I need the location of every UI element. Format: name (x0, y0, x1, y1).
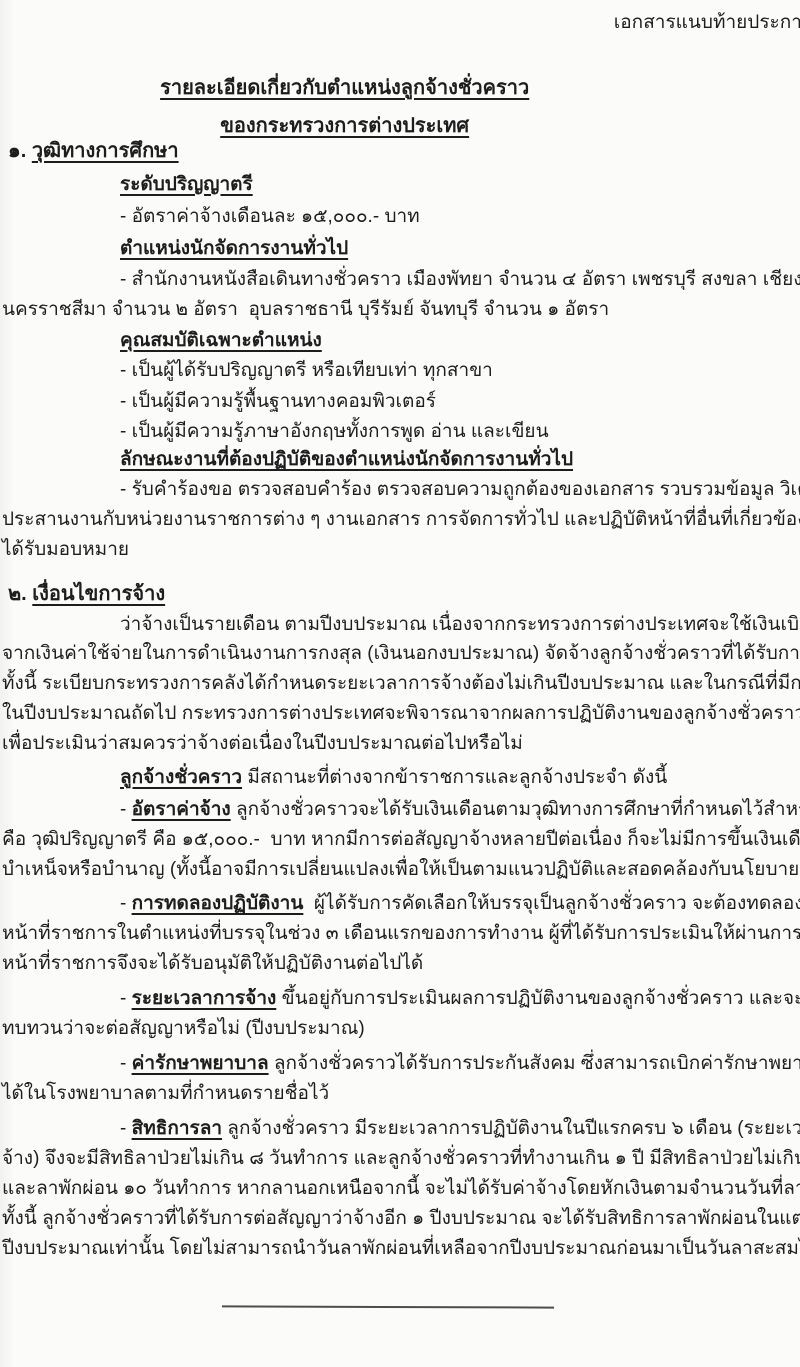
line-text: - สำนักงานหนังสือเดินทางชั่วคราว เมืองพั… (120, 269, 800, 290)
document-line: - การทดลองปฏิบัติงาน ผู้ได้รับการคัดเลือ… (120, 891, 800, 917)
line-term-underlined: คุณสมบัติเฉพาะตำแหน่ง (120, 330, 322, 351)
document-line: ๑. วุฒิทางการศึกษา (8, 138, 179, 164)
line-text: ทบทวนว่าจะต่อสัญญาหรือไม่ (ปีงบประมาณ) (2, 1018, 365, 1039)
line-text: ได้ในโรงพยาบาลตามที่กำหนดรายชื่อไว้ (2, 1083, 329, 1104)
line-term-underlined: ตำแหน่งนักจัดการงานทั่วไป (120, 238, 348, 259)
document-line: ได้รับมอบหมาย (2, 537, 129, 563)
line-text: บำเหน็จหรือบำนาญ (ทั้งนี้อาจมีการเปลี่ยน… (2, 859, 800, 880)
document-line: - สิทธิการลา ลูกจ้างชั่วคราว มีระยะเวลาก… (120, 1116, 800, 1142)
line-text: หน้าที่ราชการในตำแหน่งที่บรรจุในช่วง ๓ เ… (2, 923, 800, 944)
document-line: - ค่ารักษาพยาบาล ลูกจ้างชั่วคราวได้รับกา… (120, 1051, 800, 1077)
line-term-underlined: ลักษณะงานที่ต้องปฏิบัติของตำแหน่งนักจัดก… (120, 449, 573, 470)
line-term-underlined: ลูกจ้างชั่วคราว (120, 767, 242, 788)
line-bullet-prefix: - (120, 988, 132, 1009)
line-text: - เป็นผู้มีความรู้พื้นฐานทางคอมพิวเตอร์ (120, 391, 436, 412)
line-bullet-prefix: - (120, 799, 132, 820)
line-bullet-prefix: - (120, 1053, 132, 1074)
document-line: ระดับปริญญาตรี (120, 172, 253, 198)
line-text: นครราชสีมา จำนวน ๒ อัตรา อุบลราชธานี บุร… (2, 299, 609, 320)
line-text: ลูกจ้างชั่วคราวได้รับการประกันสังคม ซึ่ง… (269, 1053, 800, 1074)
document-line: ทั้งนี้ ระเบียบกระทรวงการคลังได้กำหนดระย… (2, 671, 800, 697)
line-bullet-prefix: - (120, 1118, 132, 1139)
document-line: - เป็นผู้ได้รับปริญญาตรี หรือเทียบเท่า ท… (120, 358, 493, 384)
line-text: ปีงบประมาณเท่านั้น โดยไม่สามารถนำวันลาพั… (2, 1238, 800, 1259)
line-text: เพื่อประเมินว่าสมควรว่าจ้างต่อเนื่องในปี… (2, 733, 523, 754)
document-line: ตำแหน่งนักจัดการงานทั่วไป (120, 236, 348, 262)
line-term-underlined: เงื่อนไขการจ้าง (32, 583, 165, 605)
line-text: คือ วุฒิปริญญาตรี คือ ๑๕,๐๐๐.- บาท หากมี… (2, 829, 800, 850)
line-text: ว่าจ้างเป็นรายเดือน ตามปีงบประมาณ เนื่อง… (120, 614, 800, 635)
line-text: - อัตราค่าจ้างเดือนละ ๑๕,๐๐๐.- บาท (120, 206, 420, 227)
line-text: - เป็นผู้มีความรู้ภาษาอังกฤษทั้งการพูด อ… (120, 421, 549, 442)
line-text: หน้าที่ราชการจึงจะได้รับอนุมัติให้ปฏิบัต… (2, 953, 423, 974)
document-line: ว่าจ้างเป็นรายเดือน ตามปีงบประมาณ เนื่อง… (120, 612, 800, 638)
line-text: - รับคำร้องขอ ตรวจสอบคำร้อง ตรวจสอบความถ… (120, 479, 800, 500)
document-line: ในปีงบประมาณถัดไป กระทรวงการต่างประเทศจะ… (2, 701, 800, 727)
line-text: ได้รับมอบหมาย (2, 539, 129, 560)
document-page: เอกสารแนบท้ายประกาศ รายละเอียดเกี่ยวกับต… (0, 0, 800, 1367)
document-line: หน้าที่ราชการในตำแหน่งที่บรรจุในช่วง ๓ เ… (2, 921, 800, 947)
document-line: ทบทวนว่าจะต่อสัญญาหรือไม่ (ปีงบประมาณ) (2, 1016, 365, 1042)
line-term-underlined: อัตราค่าจ้าง (132, 799, 231, 820)
document-line: ได้ในโรงพยาบาลตามที่กำหนดรายชื่อไว้ (2, 1081, 329, 1107)
line-term-underlined: สิทธิการลา (132, 1118, 222, 1139)
line-term-underlined: ระดับปริญญาตรี (120, 174, 253, 195)
document-line: ลักษณะงานที่ต้องปฏิบัติของตำแหน่งนักจัดก… (120, 447, 573, 473)
document-line: - อัตราค่าจ้าง ลูกจ้างชั่วคราวจะได้รับเง… (120, 797, 800, 823)
line-text: ผู้ได้รับการคัดเลือกให้บรรจุเป็นลูกจ้างช… (303, 893, 800, 914)
document-line: ลูกจ้างชั่วคราว มีสถานะที่ต่างจากข้าราชก… (120, 765, 667, 791)
document-line: จากเงินค่าใช้จ่ายในการดำเนินงานการกงสุล … (2, 641, 800, 667)
document-line: - ระยะเวลาการจ้าง ขึ้นอยู่กับการประเมินผ… (120, 986, 800, 1012)
document-line: จ้าง) จึงจะมีสิทธิลาป่วยไม่เกิน ๘ วันทำก… (2, 1146, 800, 1172)
line-text: ในปีงบประมาณถัดไป กระทรวงการต่างประเทศจะ… (2, 703, 800, 724)
corner-note: เอกสารแนบท้ายประกาศ (614, 7, 800, 37)
document-line: นครราชสีมา จำนวน ๒ อัตรา อุบลราชธานี บุร… (2, 297, 609, 323)
line-text: ลูกจ้างชั่วคราวจะได้รับเงินเดือนตามวุฒิท… (231, 799, 800, 820)
line-text: ลูกจ้างชั่วคราว มีระยะเวลาการปฏิบัติงานใ… (222, 1118, 800, 1139)
document-line: คุณสมบัติเฉพาะตำแหน่ง (120, 328, 322, 354)
line-bullet-prefix: ๑. (8, 140, 32, 162)
line-text: และลาพักผ่อน ๑๐ วันทำการ หากลานอกเหนือจา… (2, 1178, 800, 1199)
document-line: ปีงบประมาณเท่านั้น โดยไม่สามารถนำวันลาพั… (2, 1236, 800, 1262)
line-term-underlined: วุฒิทางการศึกษา (32, 140, 179, 162)
document-line: - เป็นผู้มีความรู้พื้นฐานทางคอมพิวเตอร์ (120, 389, 436, 415)
line-text: - เป็นผู้ได้รับปริญญาตรี หรือเทียบเท่า ท… (120, 360, 493, 381)
line-text: ขึ้นอยู่กับการประเมินผลการปฏิบัติงานของล… (276, 988, 800, 1009)
document-line: บำเหน็จหรือบำนาญ (ทั้งนี้อาจมีการเปลี่ยน… (2, 857, 800, 883)
line-bullet-prefix: ๒. (8, 583, 32, 605)
document-line: เพื่อประเมินว่าสมควรว่าจ้างต่อเนื่องในปี… (2, 731, 523, 757)
line-bullet-prefix: - (120, 893, 132, 914)
signature-divider-line (222, 1305, 554, 1308)
document-line: คือ วุฒิปริญญาตรี คือ ๑๕,๐๐๐.- บาท หากมี… (2, 827, 800, 853)
line-text: ทั้งนี้ ลูกจ้างชั่วคราวที่ได้รับการต่อสั… (2, 1208, 800, 1229)
line-term-underlined: ระยะเวลาการจ้าง (132, 988, 277, 1009)
document-line: - อัตราค่าจ้างเดือนละ ๑๕,๐๐๐.- บาท (120, 204, 420, 230)
line-text: ประสานงานกับหน่วยงานราชการต่าง ๆ งานเอกส… (2, 509, 800, 530)
line-term-underlined: ค่ารักษาพยาบาล (132, 1053, 269, 1074)
line-text: มีสถานะที่ต่างจากข้าราชการและลูกจ้างประจ… (242, 767, 667, 788)
document-title-line2-text: ของกระทรวงการต่างประเทศ (220, 115, 469, 137)
line-text: ทั้งนี้ ระเบียบกระทรวงการคลังได้กำหนดระย… (2, 673, 800, 694)
line-term-underlined: การทดลองปฏิบัติงาน (132, 893, 304, 914)
document-line: ทั้งนี้ ลูกจ้างชั่วคราวที่ได้รับการต่อสั… (2, 1206, 800, 1232)
document-line: - สำนักงานหนังสือเดินทางชั่วคราว เมืองพั… (120, 267, 800, 293)
line-text: จากเงินค่าใช้จ่ายในการดำเนินงานการกงสุล … (2, 643, 800, 664)
document-line: - เป็นผู้มีความรู้ภาษาอังกฤษทั้งการพูด อ… (120, 419, 549, 445)
document-line: - รับคำร้องขอ ตรวจสอบคำร้อง ตรวจสอบความถ… (120, 477, 800, 503)
document-line: หน้าที่ราชการจึงจะได้รับอนุมัติให้ปฏิบัต… (2, 951, 423, 977)
document-line: ประสานงานกับหน่วยงานราชการต่าง ๆ งานเอกส… (2, 507, 800, 533)
line-text: จ้าง) จึงจะมีสิทธิลาป่วยไม่เกิน ๘ วันทำก… (2, 1148, 800, 1169)
document-line: ๒. เงื่อนไขการจ้าง (8, 581, 165, 607)
document-line: และลาพักผ่อน ๑๐ วันทำการ หากลานอกเหนือจา… (2, 1176, 800, 1202)
